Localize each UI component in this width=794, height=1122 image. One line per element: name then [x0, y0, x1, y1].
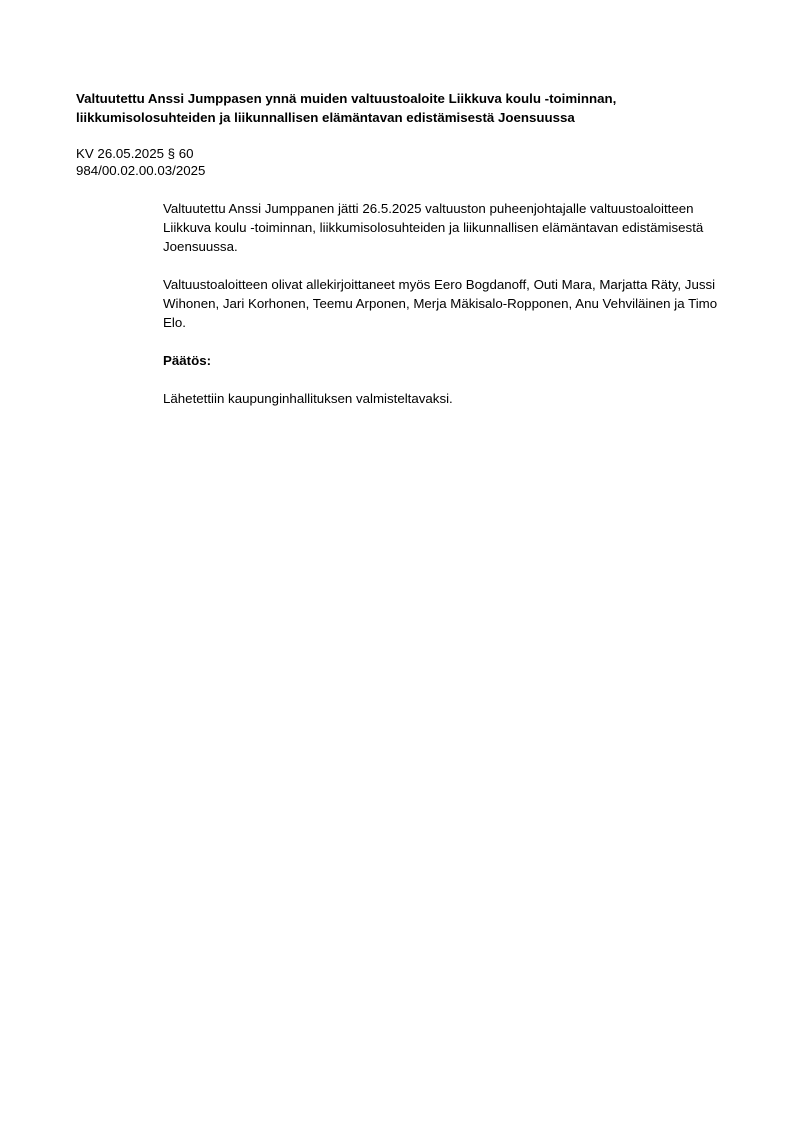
paragraph-signatories: Valtuustoaloitteen olivat allekirjoittan… [163, 275, 743, 332]
decision-label: Päätös: [163, 351, 743, 370]
record-number: 984/00.02.00.03/2025 [76, 162, 205, 179]
decision-section: Päätös: Lähetettiin kaupunginhallituksen… [163, 351, 743, 408]
paragraph-initiative: Valtuutettu Anssi Jumppanen jätti 26.5.2… [163, 199, 743, 256]
decision-text: Lähetettiin kaupunginhallituksen valmist… [163, 389, 743, 408]
document-body: Valtuutettu Anssi Jumppanen jätti 26.5.2… [163, 199, 743, 427]
document-meta: KV 26.05.2025 § 60 984/00.02.00.03/2025 [76, 145, 205, 179]
meeting-reference: KV 26.05.2025 § 60 [76, 145, 205, 162]
document-title: Valtuutettu Anssi Jumppasen ynnä muiden … [76, 89, 716, 127]
